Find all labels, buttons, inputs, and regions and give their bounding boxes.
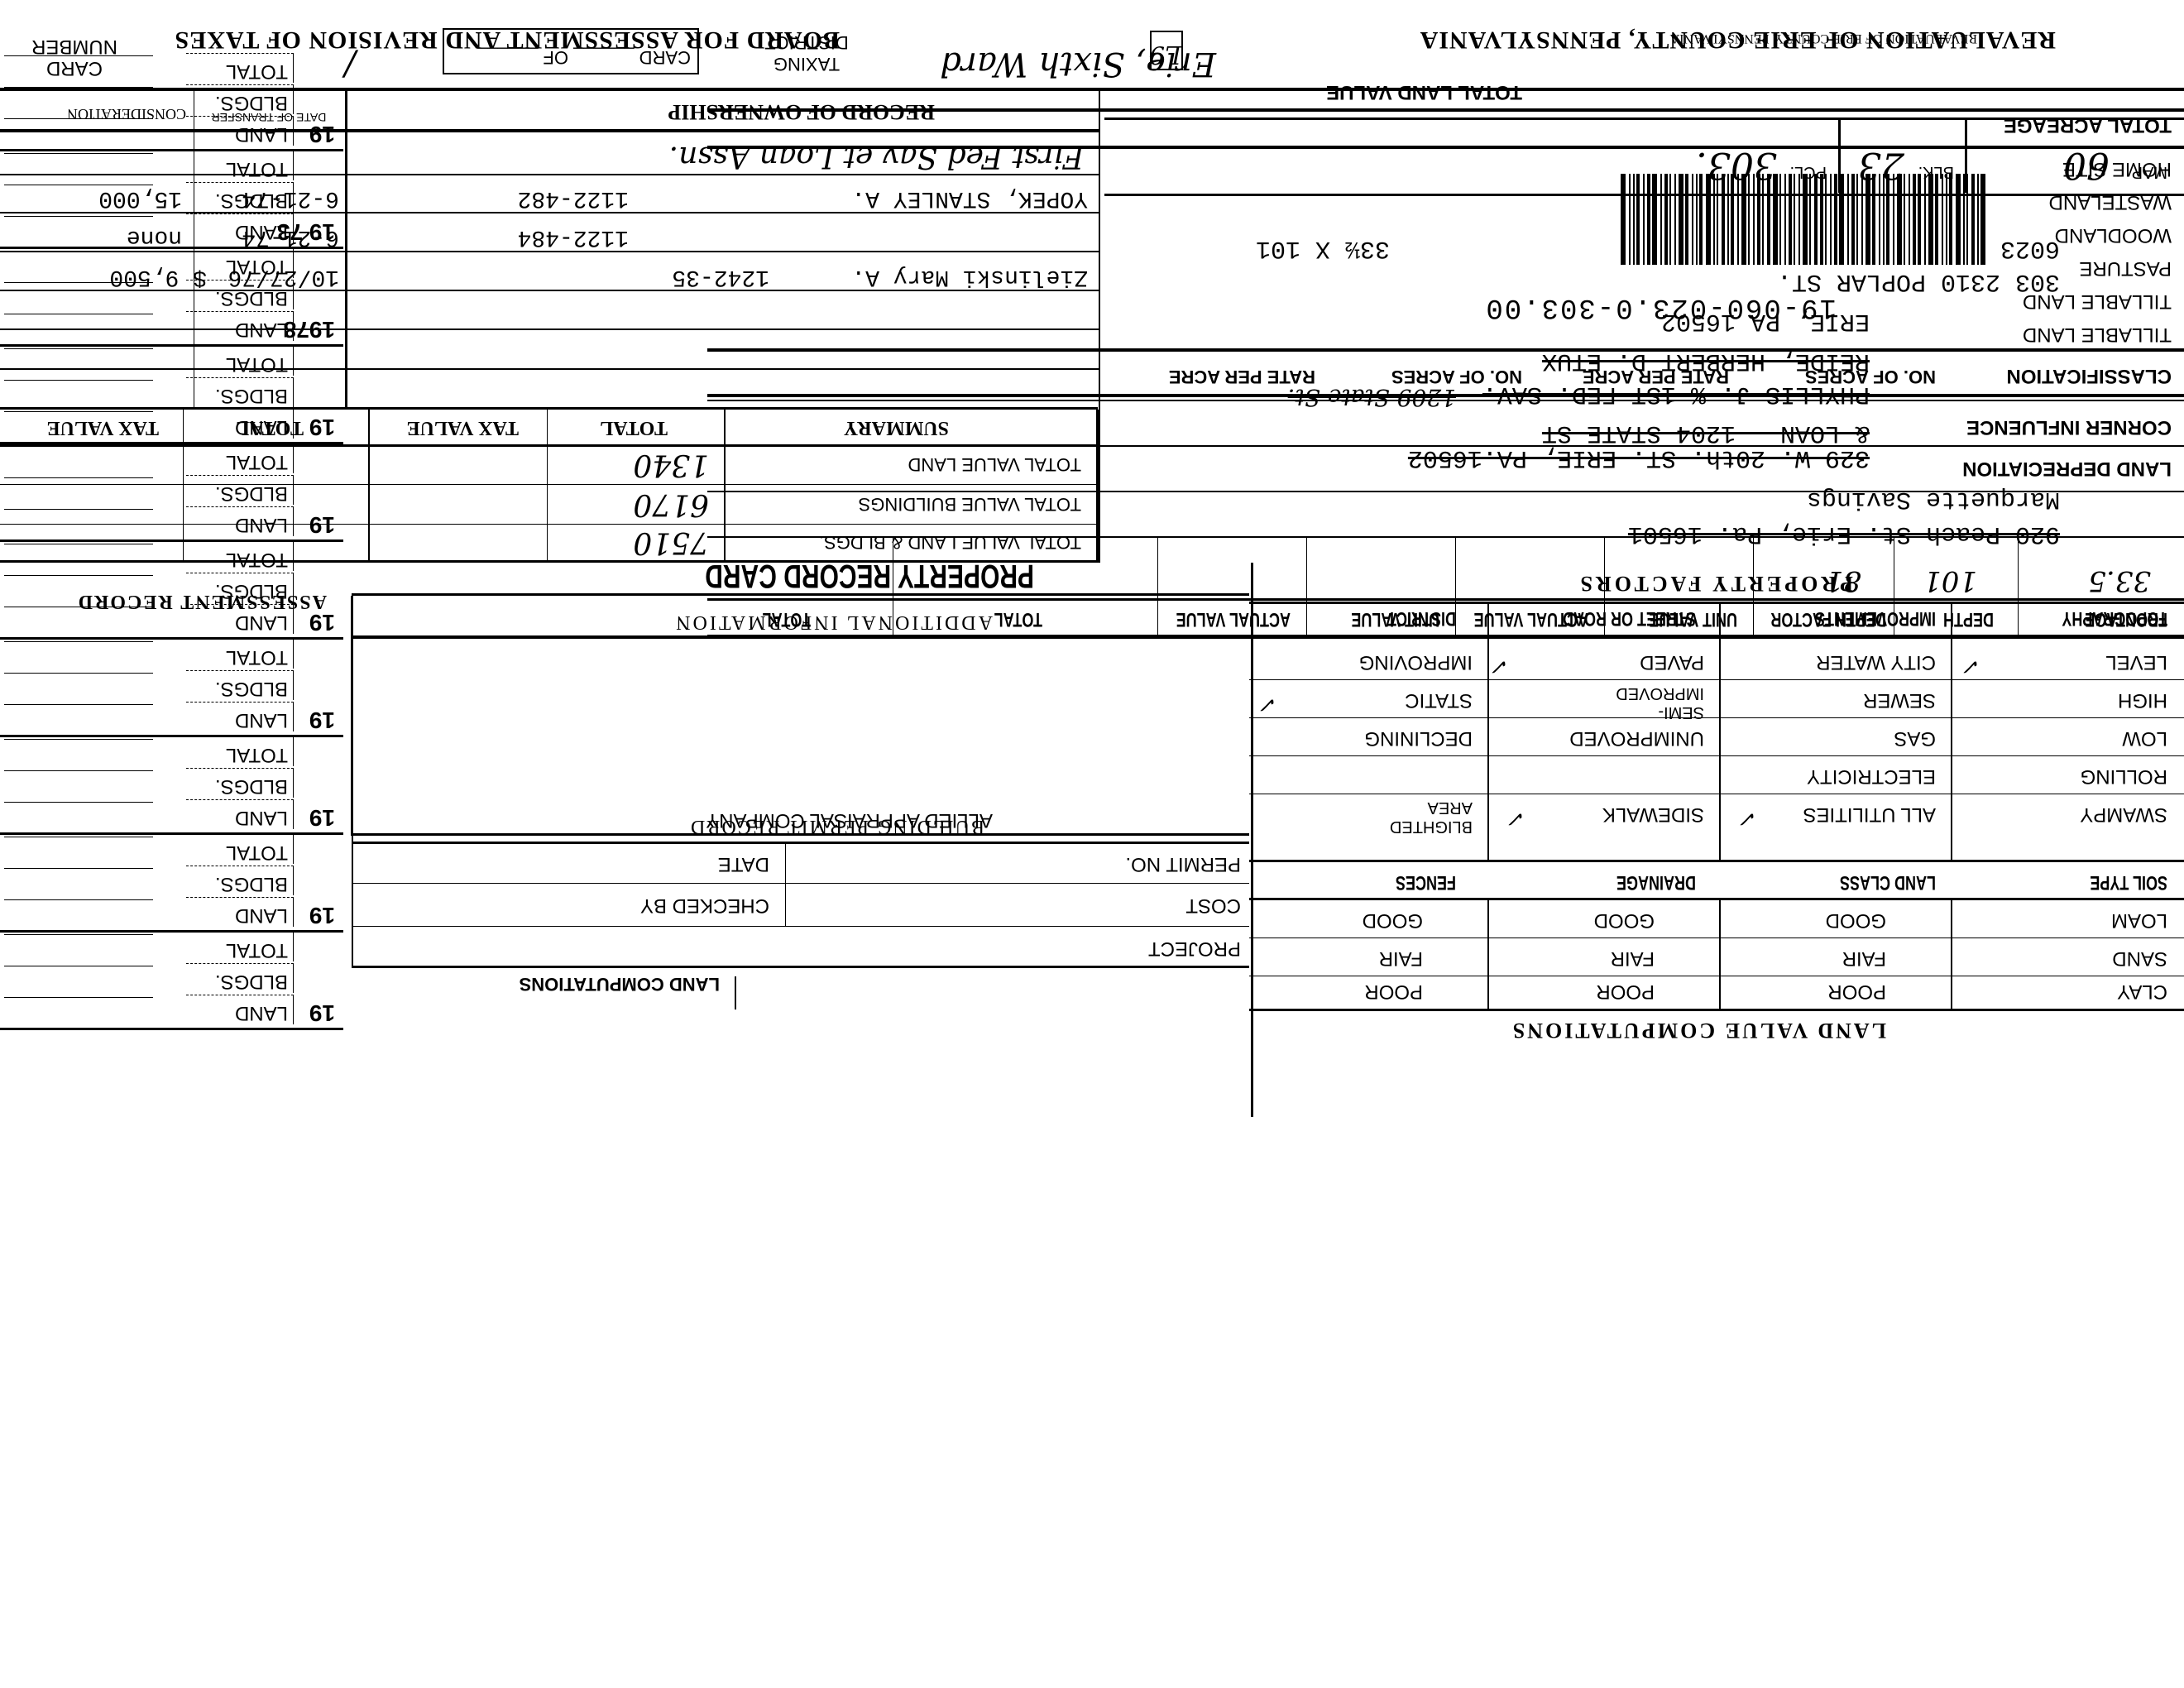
- assessment-year-block: 19LANDBLDGS.TOTAL: [0, 835, 343, 933]
- assessment-entry-line[interactable]: [4, 282, 153, 283]
- assessment-entry-line[interactable]: [4, 641, 153, 642]
- assessment-row-label: LAND: [186, 311, 294, 341]
- assessment-row-label: TOTAL: [186, 53, 294, 83]
- assessment-entry-line[interactable]: [4, 87, 153, 88]
- assessment-year: 19: [309, 804, 335, 831]
- assessment-entry-line[interactable]: [4, 251, 153, 252]
- assessment-row-label: LAND: [186, 213, 294, 243]
- assessment-year-block: 1978LANDBLDGS.TOTAL: [0, 249, 343, 347]
- land-value-row: 33.510181: [707, 560, 2184, 597]
- assessment-entry-line[interactable]: [4, 575, 153, 576]
- assessment-row-label: BLDGS.: [186, 84, 294, 114]
- assessment-entry-line[interactable]: [4, 216, 153, 217]
- assessment-entry-line[interactable]: [4, 802, 153, 803]
- land-classification: TOTAL LAND VALUETOTAL ACREAGECLASSIFICAT…: [707, 58, 2184, 397]
- assessment-row-label: LAND: [186, 799, 294, 829]
- assessment-year-block: 19LANDBLDGS.TOTAL: [0, 542, 343, 640]
- assessment-year: 19: [309, 1000, 335, 1026]
- assessment-year-block: 19 73LANDBLDGS.TOTAL: [0, 151, 343, 249]
- assessment-entry-line[interactable]: [4, 770, 153, 771]
- assessment-year-block: 19LANDBLDGS.TOTAL: [0, 933, 343, 1030]
- assessment-year: 19: [309, 707, 335, 733]
- assessment-entry-line[interactable]: [4, 607, 153, 607]
- check-paved: ✓: [1492, 654, 1510, 679]
- assessment-entry-line[interactable]: [4, 153, 153, 154]
- barcode: [1324, 174, 1985, 265]
- assessment-entry-line[interactable]: [4, 934, 153, 935]
- assessment-entry-line[interactable]: [4, 704, 153, 705]
- assessment-row-label: BLDGS.: [186, 573, 294, 602]
- class-label: WOODLAND: [2055, 223, 2172, 247]
- assessment-record-grid: 19LANDBLDGS.TOTAL19 73LANDBLDGS.TOTAL197…: [0, 54, 343, 1113]
- assessment-row-label: BLDGS.: [186, 768, 294, 798]
- assessment-entry-line[interactable]: [4, 380, 153, 381]
- assessment-row-label: TOTAL: [186, 736, 294, 766]
- assessment-row-label: TOTAL: [186, 248, 294, 278]
- assessment-row-label: BLDGS.: [186, 866, 294, 895]
- assessment-row-label: BLDGS.: [186, 963, 294, 993]
- classification-header: CLASSIFICATION: [2006, 364, 2172, 387]
- assessment-entry-line[interactable]: [4, 509, 153, 510]
- assessment-entry-line[interactable]: [4, 446, 153, 447]
- class-label: PASTURE: [2079, 257, 2172, 280]
- assessment-year-block: 19LANDBLDGS.TOTAL: [0, 444, 343, 542]
- assessment-entry-line[interactable]: [4, 118, 153, 119]
- barcode-text: 19-060-023.0-303.00: [1484, 291, 1837, 323]
- assessment-row-label: TOTAL: [186, 834, 294, 864]
- assessment-row-label: TOTAL: [186, 541, 294, 571]
- assessment-entry-line[interactable]: [4, 966, 153, 966]
- label: NO. OF ACRES: [1391, 366, 1522, 387]
- assessment-entry-line[interactable]: [4, 185, 153, 185]
- assessment-entry-line[interactable]: [4, 55, 153, 56]
- assessment-row-label: LAND: [186, 702, 294, 731]
- check-all-utilities: ✓: [1740, 806, 1758, 831]
- label: RATE PER ACRE: [1583, 366, 1729, 387]
- assessment-row-label: LAND: [186, 897, 294, 927]
- assessment-row-label: LAND: [186, 409, 294, 439]
- assessment-row-label: LAND: [186, 506, 294, 536]
- assessment-year-block: 19LANDBLDGS.TOTAL: [0, 640, 343, 737]
- assessment-row-label: TOTAL: [186, 444, 294, 473]
- assessment-row-label: TOTAL: [186, 932, 294, 961]
- assessment-row-label: TOTAL: [186, 639, 294, 669]
- assessment-entry-line[interactable]: [4, 314, 153, 314]
- assessment-row-label: BLDGS.: [186, 670, 294, 700]
- assessment-year: 19: [309, 609, 335, 635]
- land-adjustments: LAND DEPRECIATIONCORNER INFLUENCE: [707, 393, 2184, 538]
- assessment-entry-line[interactable]: [4, 997, 153, 998]
- assessment-entry-line[interactable]: [4, 673, 153, 674]
- property-record-card: CARD NUMBER / CARD ______ OF ______ TAXI…: [0, 0, 2184, 1688]
- check-static: ✓: [1260, 692, 1278, 717]
- building-permit-record: LAND COMPUTATIONS PROJECT COST CHECKED B…: [352, 807, 1249, 1009]
- revaluation-title: REVALUATION OF ERIE COUNTY, PENNSYLVANIA: [1420, 26, 2056, 54]
- assessment-row-label: TOTAL: [186, 151, 294, 180]
- assessment-row-label: TOTAL: [186, 346, 294, 376]
- label: RATE PER ACRE: [1169, 366, 1315, 387]
- class-label: HOME SITE: [2062, 157, 2172, 180]
- assessment-year-block: 19LANDBLDGS.TOTAL: [0, 737, 343, 835]
- board-title: BOARD FOR ASSESSMENT AND REVISION OF TAX…: [175, 26, 840, 54]
- assessment-row-label: LAND: [186, 604, 294, 634]
- class-label: TILLABLE LAND: [2023, 290, 2172, 313]
- assessment-row-label: LAND: [186, 116, 294, 146]
- assessment-entry-line[interactable]: [4, 837, 153, 837]
- assessment-entry-line[interactable]: [4, 477, 153, 478]
- assessment-row-label: LAND: [186, 995, 294, 1024]
- assessment-entry-line[interactable]: [4, 544, 153, 544]
- assessment-row-label: BLDGS.: [186, 280, 294, 309]
- assessment-entry-line[interactable]: [4, 739, 153, 740]
- assessment-year: 19: [309, 121, 335, 147]
- class-label: WASTELAND: [2049, 190, 2172, 213]
- assessment-year: 19: [309, 902, 335, 928]
- assessment-year: 19: [309, 511, 335, 538]
- class-label: TILLABLE LAND: [2023, 323, 2172, 346]
- label: NO. OF ACRES: [1805, 366, 1936, 387]
- total-land-value-label: TOTAL LAND VALUE: [1326, 80, 1522, 103]
- assessment-year-block: 19LANDBLDGS.TOTAL: [0, 347, 343, 444]
- assessment-row-label: BLDGS.: [186, 182, 294, 212]
- assessment-entry-line[interactable]: [4, 899, 153, 900]
- assessment-row-label: BLDGS.: [186, 377, 294, 407]
- land-value-computations: REVALUATION OF ERIE COUNTY, PENNSYLVANIA: [352, 1009, 2184, 1688]
- assessment-row-label: BLDGS.: [186, 475, 294, 505]
- total-acreage-label: TOTAL ACREAGE: [2004, 113, 2172, 137]
- assessment-entry-line[interactable]: [4, 868, 153, 869]
- check-level: ✓: [1963, 654, 1981, 679]
- assessment-year-block: 19LANDBLDGS.TOTAL: [0, 54, 343, 151]
- assessment-year: 19: [309, 414, 335, 440]
- check-sidewalk: ✓: [1508, 806, 1526, 831]
- assessment-entry-line[interactable]: [4, 411, 153, 412]
- assessment-entry-line[interactable]: [4, 348, 153, 349]
